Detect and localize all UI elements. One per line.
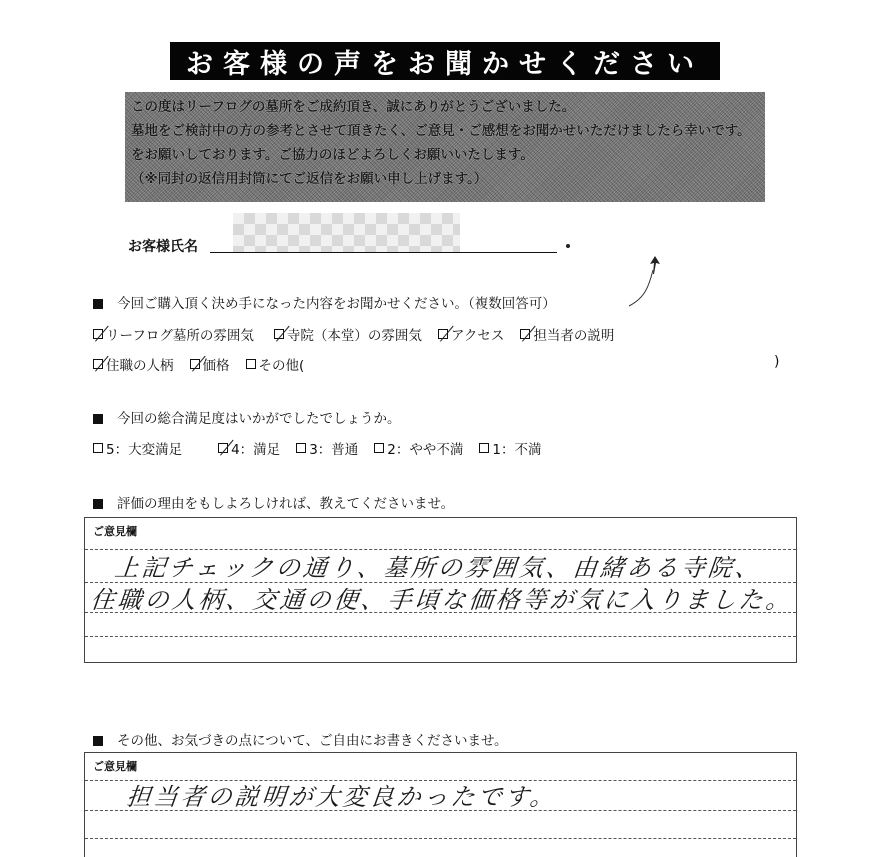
other-close-paren: )	[774, 354, 779, 370]
checkbox-checked[interactable]	[93, 359, 103, 369]
other-comment-box[interactable]: ご意見欄 担当者の説明が大変良かったです。	[84, 752, 797, 857]
question-3-text: 評価の理由をもしよろしければ、教えてくださいませ。	[117, 496, 454, 512]
form-title: お客様の声をお聞かせください	[186, 42, 704, 81]
intro-line: をお願いしております。ご協力のほどよろしくお願いいたします。	[131, 143, 759, 167]
bullet-square-icon	[93, 499, 103, 509]
checkbox-unchecked[interactable]	[246, 359, 256, 369]
option-label: 2：やや不満	[387, 438, 463, 458]
handwritten-answer-line: 担当者の説明が大変良かったです。	[125, 777, 559, 812]
rating-2[interactable]: 2：やや不満	[374, 438, 463, 458]
rating-1[interactable]: 1：不満	[479, 438, 541, 458]
checkbox-checked[interactable]	[218, 443, 228, 453]
option-label: 住職の人柄	[106, 354, 174, 374]
stray-mark	[566, 244, 570, 248]
option-staff-explanation[interactable]: 担当者の説明	[520, 324, 614, 344]
bullet-square-icon	[93, 299, 103, 309]
intro-line: この度はリーフログの墓所をご成約頂き、誠にありがとうございました。	[131, 95, 759, 119]
option-label: 5：大変満足	[106, 438, 182, 458]
comment-box-label: ご意見欄	[85, 753, 796, 779]
option-label: 担当者の説明	[533, 324, 614, 344]
handwritten-answer-line: 上記チェックの通り、墓所の雰囲気、由緒ある寺院、	[113, 548, 764, 583]
ruled-line	[85, 838, 796, 839]
form-title-banner: お客様の声をお聞かせください	[170, 42, 720, 80]
intro-line: 墓地をご検討中の方の参考とさせて頂きたく、ご意見・ご感想をお聞かせいただけました…	[131, 119, 759, 143]
option-label: その他(	[259, 354, 305, 374]
checkbox-checked[interactable]	[93, 329, 103, 339]
checkbox-unchecked[interactable]	[93, 443, 103, 453]
intro-text-block: この度はリーフログの墓所をご成約頂き、誠にありがとうございました。 墓地をご検討…	[125, 92, 765, 202]
redacted-name-mask	[233, 213, 460, 253]
customer-name-label: お客様氏名	[128, 236, 198, 256]
option-label: 3：普通	[309, 438, 358, 458]
rating-4[interactable]: 4：満足	[218, 438, 280, 458]
option-priest-personality[interactable]: 住職の人柄	[93, 354, 174, 374]
question-2-options: 5：大変満足 4：満足 3：普通 2：やや不満 1：不満	[93, 438, 557, 458]
option-price[interactable]: 価格	[190, 354, 230, 374]
option-label: 寺院（本堂）の雰囲気	[287, 324, 422, 344]
option-temple-atmosphere[interactable]: 寺院（本堂）の雰囲気	[274, 324, 422, 344]
checkbox-unchecked[interactable]	[374, 443, 384, 453]
bullet-square-icon	[93, 736, 103, 746]
question-1-options-row-2: 住職の人柄 価格 その他(	[93, 354, 320, 374]
option-leaflog-atmosphere[interactable]: リーフログ墓所の雰囲気	[93, 324, 254, 344]
comment-box-label: ご意見欄	[85, 518, 796, 544]
option-label: 価格	[203, 354, 230, 374]
option-label: 1：不満	[492, 438, 541, 458]
reason-comment-box[interactable]: ご意見欄 上記チェックの通り、墓所の雰囲気、由緒ある寺院、 住職の人柄、交通の便…	[84, 517, 797, 663]
checkbox-checked[interactable]	[274, 329, 284, 339]
question-4-heading: その他、お気づきの点について、ご自由にお書きくださいませ。	[93, 729, 508, 749]
handwritten-answer-line: 住職の人柄、交通の便、手頃な価格等が気に入りました。	[89, 580, 795, 615]
question-1-text: 今回ご購入頂く決め手になった内容をお聞かせください。（複数回答可）	[117, 296, 556, 312]
option-access[interactable]: アクセス	[438, 324, 505, 344]
checkbox-checked[interactable]	[190, 359, 200, 369]
pen-stroke	[625, 268, 655, 308]
option-label: アクセス	[451, 324, 505, 344]
checkbox-unchecked[interactable]	[296, 443, 306, 453]
checkbox-checked[interactable]	[520, 329, 530, 339]
option-label: リーフログ墓所の雰囲気	[106, 324, 254, 344]
intro-line: （※同封の返信用封筒にてご返信をお願い申し上げます。）	[131, 167, 759, 191]
bullet-square-icon	[93, 414, 103, 424]
question-3-heading: 評価の理由をもしよろしければ、教えてくださいませ。	[93, 492, 454, 512]
option-other[interactable]: その他(	[246, 354, 305, 374]
rating-3[interactable]: 3：普通	[296, 438, 358, 458]
option-label: 4：満足	[231, 438, 280, 458]
checkbox-unchecked[interactable]	[479, 443, 489, 453]
question-1-options-row-1: リーフログ墓所の雰囲気 寺院（本堂）の雰囲気 アクセス 担当者の説明	[93, 324, 630, 344]
question-2-heading: 今回の総合満足度はいかがでしたでしょうか。	[93, 407, 401, 427]
customer-name-field[interactable]	[210, 252, 557, 253]
question-4-text: その他、お気づきの点について、ご自由にお書きくださいませ。	[117, 733, 508, 749]
ruled-line	[85, 636, 796, 637]
checkbox-checked[interactable]	[438, 329, 448, 339]
question-1-heading: 今回ご購入頂く決め手になった内容をお聞かせください。（複数回答可）	[93, 292, 556, 312]
question-2-text: 今回の総合満足度はいかがでしたでしょうか。	[117, 411, 401, 427]
rating-5[interactable]: 5：大変満足	[93, 438, 182, 458]
